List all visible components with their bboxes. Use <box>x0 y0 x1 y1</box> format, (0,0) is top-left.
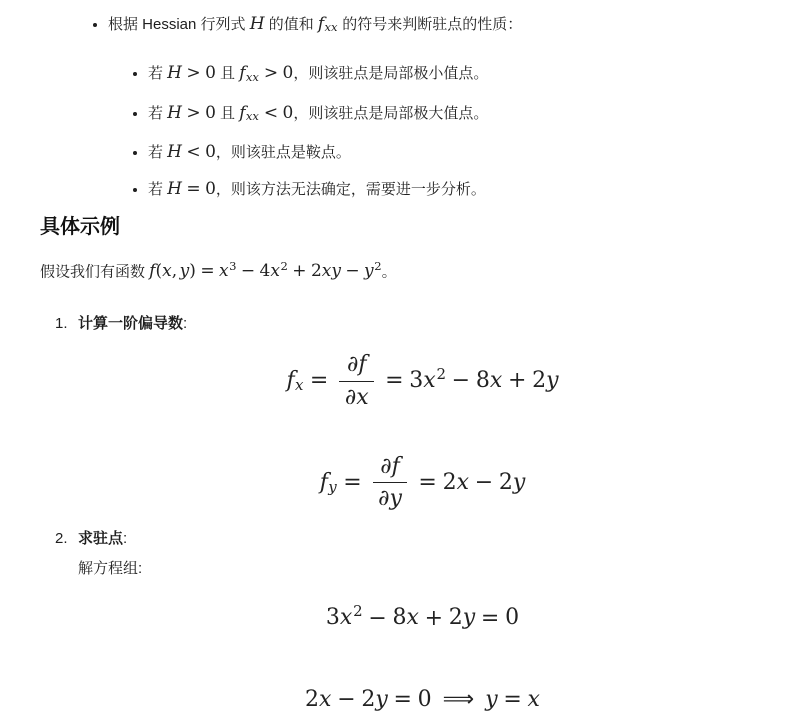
bullet-list: 根据 Hessian 行列式 H 的值和 fxx 的符号来判断驻点的性质： 若 … <box>40 12 767 202</box>
step-subtext: 解方程组: <box>78 557 767 581</box>
step-head: 1.计算一阶偏导数: <box>55 312 767 336</box>
document: 根据 Hessian 行列式 H 的值和 fxx 的符号来判断驻点的性质： 若 … <box>40 12 767 715</box>
step-title: 计算一阶偏导数 <box>78 315 183 332</box>
step-number: 2. <box>55 527 78 551</box>
step-number: 1. <box>55 312 78 336</box>
bullet-item-saddle: 若 H<0，则该驻点是鞍点。 <box>148 140 767 165</box>
step-colon: : <box>183 315 187 332</box>
bullet-item-local-min: 若 H>0 且 fxx>0，则该驻点是局部极小值点。 <box>148 61 767 88</box>
equation-fy: fy=∂f∂y=2x−2y <box>78 454 767 512</box>
intro-paragraph: 假设我们有函数 f(x,y)=x3−4x2+2xy−y2。 <box>40 254 767 284</box>
bullet-item-indeterminate: 若 H=0，则该方法无法确定，需要进一步分析。 <box>148 177 767 202</box>
step-item-stationary-points: 2.求驻点: 解方程组: 3x2−8x+2y=0 2x−2y=0⟹y=x <box>55 527 767 715</box>
equation-fx: fx=∂f∂x=3x2−8x+2y <box>78 352 767 410</box>
section-heading: 具体示例 <box>40 214 767 240</box>
step-colon: : <box>123 530 127 547</box>
bullet-item-hessian-intro: 根据 Hessian 行列式 H 的值和 fxx 的符号来判断驻点的性质： 若 … <box>108 12 767 202</box>
step-head: 2.求驻点: <box>55 527 767 551</box>
nested-bullet-list: 若 H>0 且 fxx>0，则该驻点是局部极小值点。 若 H>0 且 fxx<0… <box>108 61 767 202</box>
bullet-intro-text: 根据 Hessian 行列式 H 的值和 fxx 的符号来判断驻点的性质： <box>108 16 522 33</box>
equation-sys1: 3x2−8x+2y=0 <box>78 601 767 633</box>
step-item-partial-derivatives: 1.计算一阶偏导数: fx=∂f∂x=3x2−8x+2y fy=∂f∂y=2x−… <box>55 312 767 511</box>
step-title: 求驻点 <box>78 530 123 547</box>
steps-list: 1.计算一阶偏导数: fx=∂f∂x=3x2−8x+2y fy=∂f∂y=2x−… <box>40 312 767 715</box>
bullet-item-local-max: 若 H>0 且 fxx<0，则该驻点是局部极大值点。 <box>148 101 767 128</box>
equation-sys2: 2x−2y=0⟹y=x <box>78 685 767 715</box>
